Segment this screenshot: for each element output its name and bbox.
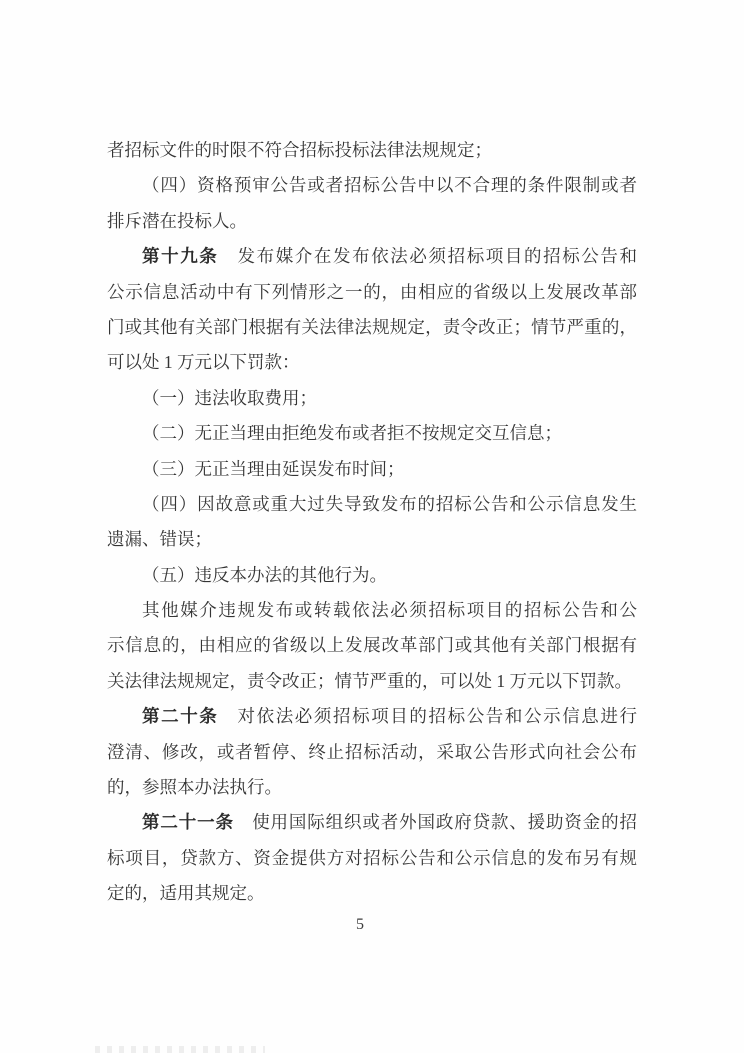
page-number: 5: [96, 913, 624, 937]
document-body: 者招标文件的时限不符合招标投标法律法规规定；（四）资格预审公告或者招标公告中以不…: [107, 133, 637, 912]
document-line: 第十九条发布媒介在发布依法必须招标项目的招标公告和: [107, 239, 637, 274]
document-line: 排斥潜在投标人。: [107, 204, 637, 239]
document-line: 关法律法规规定，责令改正；情节严重的，可以处 1 万元以下罚款。: [107, 664, 637, 699]
document-line: （四）资格预审公告或者招标公告中以不合理的条件限制或者: [107, 168, 637, 203]
document-line: 可以处 1 万元以下罚款：: [107, 345, 637, 380]
document-line: 遗漏、错误；: [107, 522, 637, 557]
document-line: 门或其他有关部门根据有关法律法规规定，责令改正；情节严重的，: [107, 310, 637, 345]
page-bottom-scan-artifact: [95, 1046, 265, 1053]
document-line: 者招标文件的时限不符合招标投标法律法规规定；: [107, 133, 637, 168]
article-number: 第二十条: [142, 706, 218, 726]
document-line: （三）无正当理由延误发布时间；: [107, 452, 637, 487]
document-line: 第二十条对依法必须招标项目的招标公告和公示信息进行: [107, 699, 637, 734]
document-line: 示信息的，由相应的省级以上发展改革部门或其他有关部门根据有: [107, 628, 637, 663]
document-line: （二）无正当理由拒绝发布或者拒不按规定交互信息；: [107, 416, 637, 451]
document-line: （一）违法收取费用；: [107, 381, 637, 416]
article-number: 第十九条: [142, 246, 218, 266]
document-line: 公示信息活动中有下列情形之一的，由相应的省级以上发展改革部: [107, 275, 637, 310]
document-line: （五）违反本办法的其他行为。: [107, 558, 637, 593]
document-line: 其他媒介违规发布或转载依法必须招标项目的招标公告和公: [107, 593, 637, 628]
document-line: 定的，适用其规定。: [107, 876, 637, 911]
document-line: （四）因故意或重大过失导致发布的招标公告和公示信息发生: [107, 487, 637, 522]
document-page: 者招标文件的时限不符合招标投标法律法规规定；（四）资格预审公告或者招标公告中以不…: [0, 0, 744, 1053]
article-number: 第二十一条: [142, 812, 234, 832]
document-line: 第二十一条使用国际组织或者外国政府贷款、援助资金的招: [107, 805, 637, 840]
document-line: 澄清、修改，或者暂停、终止招标活动，采取公告形式向社会公布: [107, 735, 637, 770]
document-line: 的，参照本办法执行。: [107, 770, 637, 805]
document-line: 标项目，贷款方、资金提供方对招标公告和公示信息的发布另有规: [107, 841, 637, 876]
